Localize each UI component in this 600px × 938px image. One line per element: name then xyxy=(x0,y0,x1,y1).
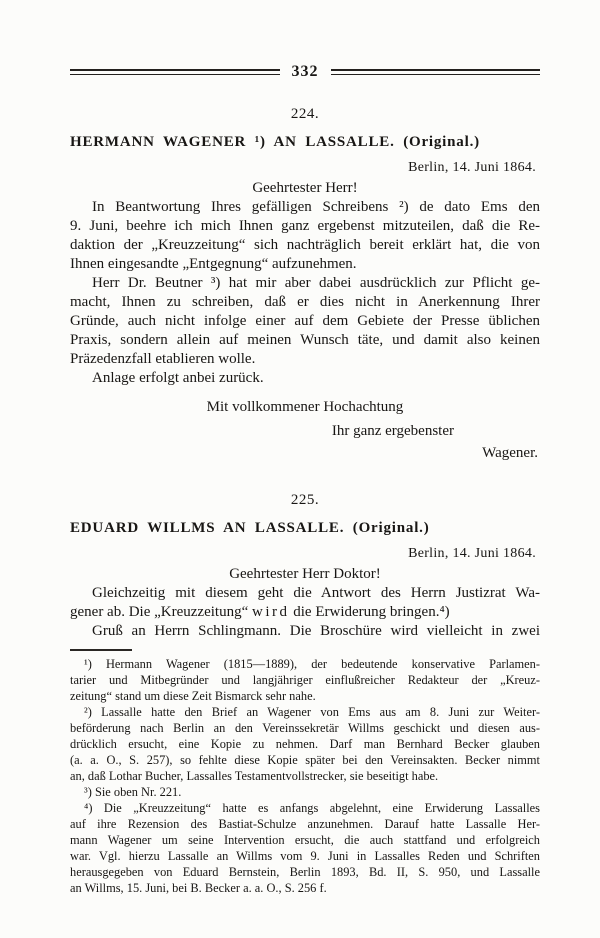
letter-closing: Mit vollkommener Hochachtung Ihr ganz er… xyxy=(70,398,540,463)
text-line: Anlage erfolgt anbei zurück. xyxy=(70,369,540,388)
text-line: auf ihre Rezension des Bastiat-Schulze a… xyxy=(70,816,540,832)
text-line: Herr Dr. Beutner ³) hat mir aber dabei a… xyxy=(70,274,540,293)
text-line: Gruß an Herrn Schlingmann. Die Broschüre… xyxy=(70,622,540,641)
paragraph: Herr Dr. Beutner ³) hat mir aber dabei a… xyxy=(70,274,540,369)
running-head: 332 xyxy=(70,62,540,81)
text-line: daktion der „Kreuzzeitung“ sich nachträg… xyxy=(70,236,540,255)
text-line: Präzedenzfall etablieren wolle. xyxy=(70,350,540,369)
text-line: In Beantwortung Ihres gefälligen Schreib… xyxy=(70,198,540,217)
text-line: tarier und Mitbegründer und langjähriger… xyxy=(70,672,540,688)
text-line: an, daß Lothar Bucher, Lassalles Testame… xyxy=(70,768,540,784)
text-line: beförderung nach Berlin an den Vereinsse… xyxy=(70,720,540,736)
paragraph: Anlage erfolgt anbei zurück. xyxy=(70,369,540,388)
text-line: Gründe, auch nicht infolge einer auf dem… xyxy=(70,312,540,331)
text-segment: die Erwiderung bringen.⁴) xyxy=(290,604,450,620)
footnote-1: ¹) Hermann Wagener (1815—1889), der bede… xyxy=(70,656,540,704)
footnote-separator xyxy=(70,649,132,651)
text-segment: gener ab. Die „Kreuzzeitung“ xyxy=(70,604,252,620)
header-rule-left xyxy=(70,69,280,75)
text-line: herausgegeben von Eduard Bernstein, Berl… xyxy=(70,864,540,880)
paragraph: In Beantwortung Ihres gefälligen Schreib… xyxy=(70,198,540,274)
text-line: zeitung“ stand um diese Zeit Bismarck se… xyxy=(70,688,540,704)
text-line: an Willms, 15. Juni, bei B. Becker a. a.… xyxy=(70,880,540,896)
text-line: (a. a. O., S. 257), so fehlte diese Kopi… xyxy=(70,752,540,768)
footnote-3: ³) Sie oben Nr. 221. xyxy=(70,784,540,800)
text-line: ¹) Hermann Wagener (1815—1889), der bede… xyxy=(70,656,540,672)
text-line: Gleichzeitig mit diesem geht die Antwort… xyxy=(70,584,540,603)
footnotes-section: ¹) Hermann Wagener (1815—1889), der bede… xyxy=(70,649,540,896)
text-line: ³) Sie oben Nr. 221. xyxy=(70,784,540,800)
footnote-2: ²) Lassalle hatte den Brief an Wagener v… xyxy=(70,704,540,784)
salutation: Geehrtester Herr Doktor! xyxy=(70,565,540,584)
text-line: 9. Juni, beehre ich mich Ihnen ganz erge… xyxy=(70,217,540,236)
closing-formula: Mit vollkommener Hochachtung xyxy=(70,398,540,417)
text-line: macht, Ihnen zu schreiben, daß er dies n… xyxy=(70,293,540,312)
text-line: mann Wagener um seine Intervention ersuc… xyxy=(70,832,540,848)
document-number: 224. xyxy=(70,105,540,124)
salutation: Geehrtester Herr! xyxy=(70,179,540,198)
text-line: ²) Lassalle hatte den Brief an Wagener v… xyxy=(70,704,540,720)
letter-225: 225. EDUARD WILLMS AN LASSALLE. (Origina… xyxy=(70,491,540,641)
letter-heading: HERMANN WAGENER ¹) AN LASSALLE. (Origina… xyxy=(70,133,540,152)
text-line: ⁴) Die „Kreuzzeitung“ hatte es anfangs a… xyxy=(70,800,540,816)
dateline: Berlin, 14. Juni 1864. xyxy=(70,158,540,177)
closing-subformula: Ihr ganz ergebenster xyxy=(70,422,540,441)
letter-224: 224. HERMANN WAGENER ¹) AN LASSALLE. (Or… xyxy=(70,105,540,463)
text-line: war. Vgl. hierzu Lassalle an Willms vom … xyxy=(70,848,540,864)
emphasized-word: wird xyxy=(252,604,290,620)
letter-heading: EDUARD WILLMS AN LASSALLE. (Original.) xyxy=(70,519,540,538)
text-line: Ihnen eingesandte „Entgegnung“ aufzunehm… xyxy=(70,255,540,274)
text-line: drücklich ersucht, eine Kopie zu nehmen.… xyxy=(70,736,540,752)
document-number: 225. xyxy=(70,491,540,510)
book-page: 332 224. HERMANN WAGENER ¹) AN LASSALLE.… xyxy=(0,0,600,938)
text-line: gener ab. Die „Kreuzzeitung“ wird die Er… xyxy=(70,603,540,622)
paragraph: Gruß an Herrn Schlingmann. Die Broschüre… xyxy=(70,622,540,641)
header-rule-right xyxy=(331,69,541,75)
signature: Wagener. xyxy=(70,444,540,463)
footnote-4: ⁴) Die „Kreuzzeitung“ hatte es anfangs a… xyxy=(70,800,540,896)
text-line: Praxis, sondern allein auf meinen Wunsch… xyxy=(70,331,540,350)
paragraph: Gleichzeitig mit diesem geht die Antwort… xyxy=(70,584,540,622)
dateline: Berlin, 14. Juni 1864. xyxy=(70,544,540,563)
page-number: 332 xyxy=(280,62,331,81)
